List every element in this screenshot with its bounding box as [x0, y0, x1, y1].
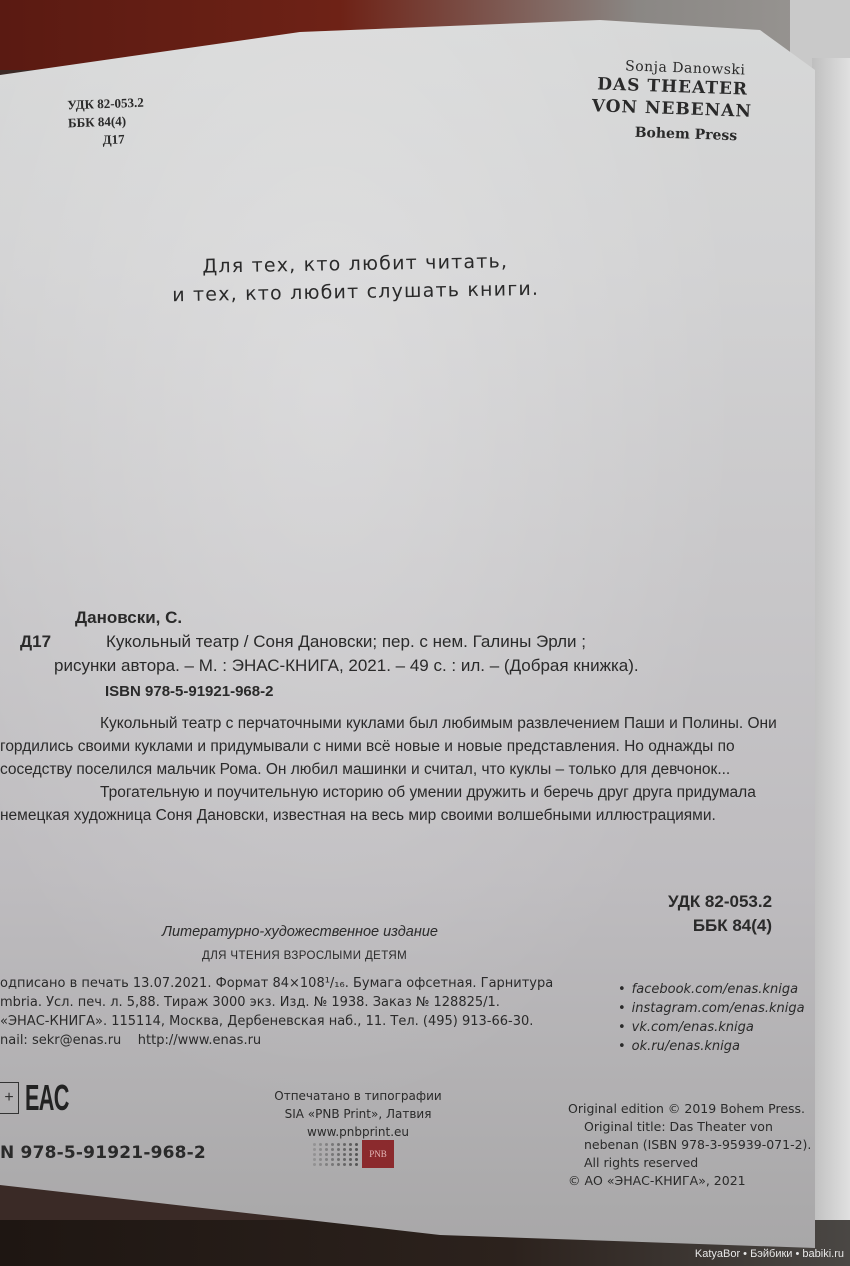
pnb-logo-icon: PNB: [313, 1140, 394, 1168]
social-link-facebook: facebook.com/enas.kniga: [618, 980, 805, 999]
imprint-details: одписано в печать 13.07.2021. Формат 84×…: [0, 974, 553, 1050]
annotation-paragraph-2: Трогательную и поучительную историю об у…: [0, 781, 790, 827]
printer-line2: SIA «PNB Print», Латвия: [268, 1105, 448, 1123]
catalog-card: Дановски, С. Д17 Кукольный театр / Соня …: [20, 606, 800, 704]
annotation: Кукольный театр с перчаточными куклами б…: [0, 712, 790, 827]
social-link-instagram: instagram.com/enas.kniga: [618, 999, 805, 1018]
copyright-line3: nebenan (ISBN 978-3-95939-071-2).: [568, 1136, 811, 1154]
imprint-line2: mbria. Усл. печ. л. 5,88. Тираж 3000 экз…: [0, 993, 553, 1012]
annotation-paragraph-1: Кукольный театр с перчаточными куклами б…: [0, 712, 790, 781]
top-classification: УДК 82-053.2 ББК 84(4) Д17: [67, 94, 145, 151]
original-edition-block: Sonja Danowski DAS THEATER VON NEBENAN B…: [591, 57, 754, 145]
dedication: Для тех, кто любит читать, и тех, кто лю…: [172, 247, 540, 309]
printer-info: Отпечатано в типографии SIA «PNB Print»,…: [268, 1087, 448, 1141]
pnb-logo-box: PNB: [362, 1140, 394, 1168]
imprint-line4: nail: sekr@enas.ru http://www.enas.ru: [0, 1031, 553, 1050]
bottom-udk-code: УДК 82-053.2: [668, 890, 772, 914]
social-link-ok: ok.ru/enas.kniga: [618, 1037, 805, 1056]
social-link-vk: vk.com/enas.kniga: [618, 1018, 805, 1037]
printer-line3: www.pnbprint.eu: [268, 1123, 448, 1141]
age-rating-icon: +: [0, 1082, 19, 1114]
original-title-line2: VON NEBENAN: [591, 95, 752, 123]
catalog-isbn: ISBN 978-5-91921-968-2: [20, 680, 800, 704]
copyright-block: Original edition © 2019 Bohem Press. Ori…: [568, 1100, 811, 1190]
imprint-line1: одписано в печать 13.07.2021. Формат 84×…: [0, 974, 553, 993]
next-page-edge: [812, 58, 850, 1248]
copyright-line4: All rights reserved: [568, 1154, 811, 1172]
watermark: KatyaBor • Бэйбики • babiki.ru: [695, 1248, 844, 1260]
imprint-line3: «ЭНАС-КНИГА». 115114, Москва, Дербеневск…: [0, 1012, 553, 1031]
catalog-description-line2: рисунки автора. – М. : ЭНАС-КНИГА, 2021.…: [54, 654, 800, 678]
pnb-dot-pattern: [313, 1143, 359, 1166]
author-mark: Д17: [68, 130, 145, 151]
isbn-bottom: N 978-5-91921-968-2: [0, 1143, 206, 1163]
edition-type: Литературно-художественное издание: [162, 924, 438, 940]
catalog-author: Дановски, С.: [20, 606, 800, 630]
copyright-line5: © АО «ЭНАС-КНИГА», 2021: [568, 1172, 811, 1190]
copyright-line1: Original edition © 2019 Bohem Press.: [568, 1100, 811, 1118]
bottom-classification: УДК 82-053.2 ББК 84(4): [668, 890, 772, 938]
udk-code: УДК 82-053.2: [67, 94, 144, 115]
catalog-description-line1: Кукольный театр / Соня Дановски; пер. с …: [90, 630, 800, 654]
printer-line1: Отпечатано в типографии: [268, 1087, 448, 1105]
certification-marks: + EAC: [0, 1077, 98, 1119]
edition-audience: ДЛЯ ЧТЕНИЯ ВЗРОСЛЫМИ ДЕТЯМ: [202, 950, 407, 962]
bottom-bbk-code: ББК 84(4): [668, 914, 772, 938]
social-links: facebook.com/enas.kniga instagram.com/en…: [618, 980, 805, 1056]
copyright-line2: Original title: Das Theater von: [568, 1118, 811, 1136]
eac-mark-icon: EAC: [25, 1077, 69, 1119]
